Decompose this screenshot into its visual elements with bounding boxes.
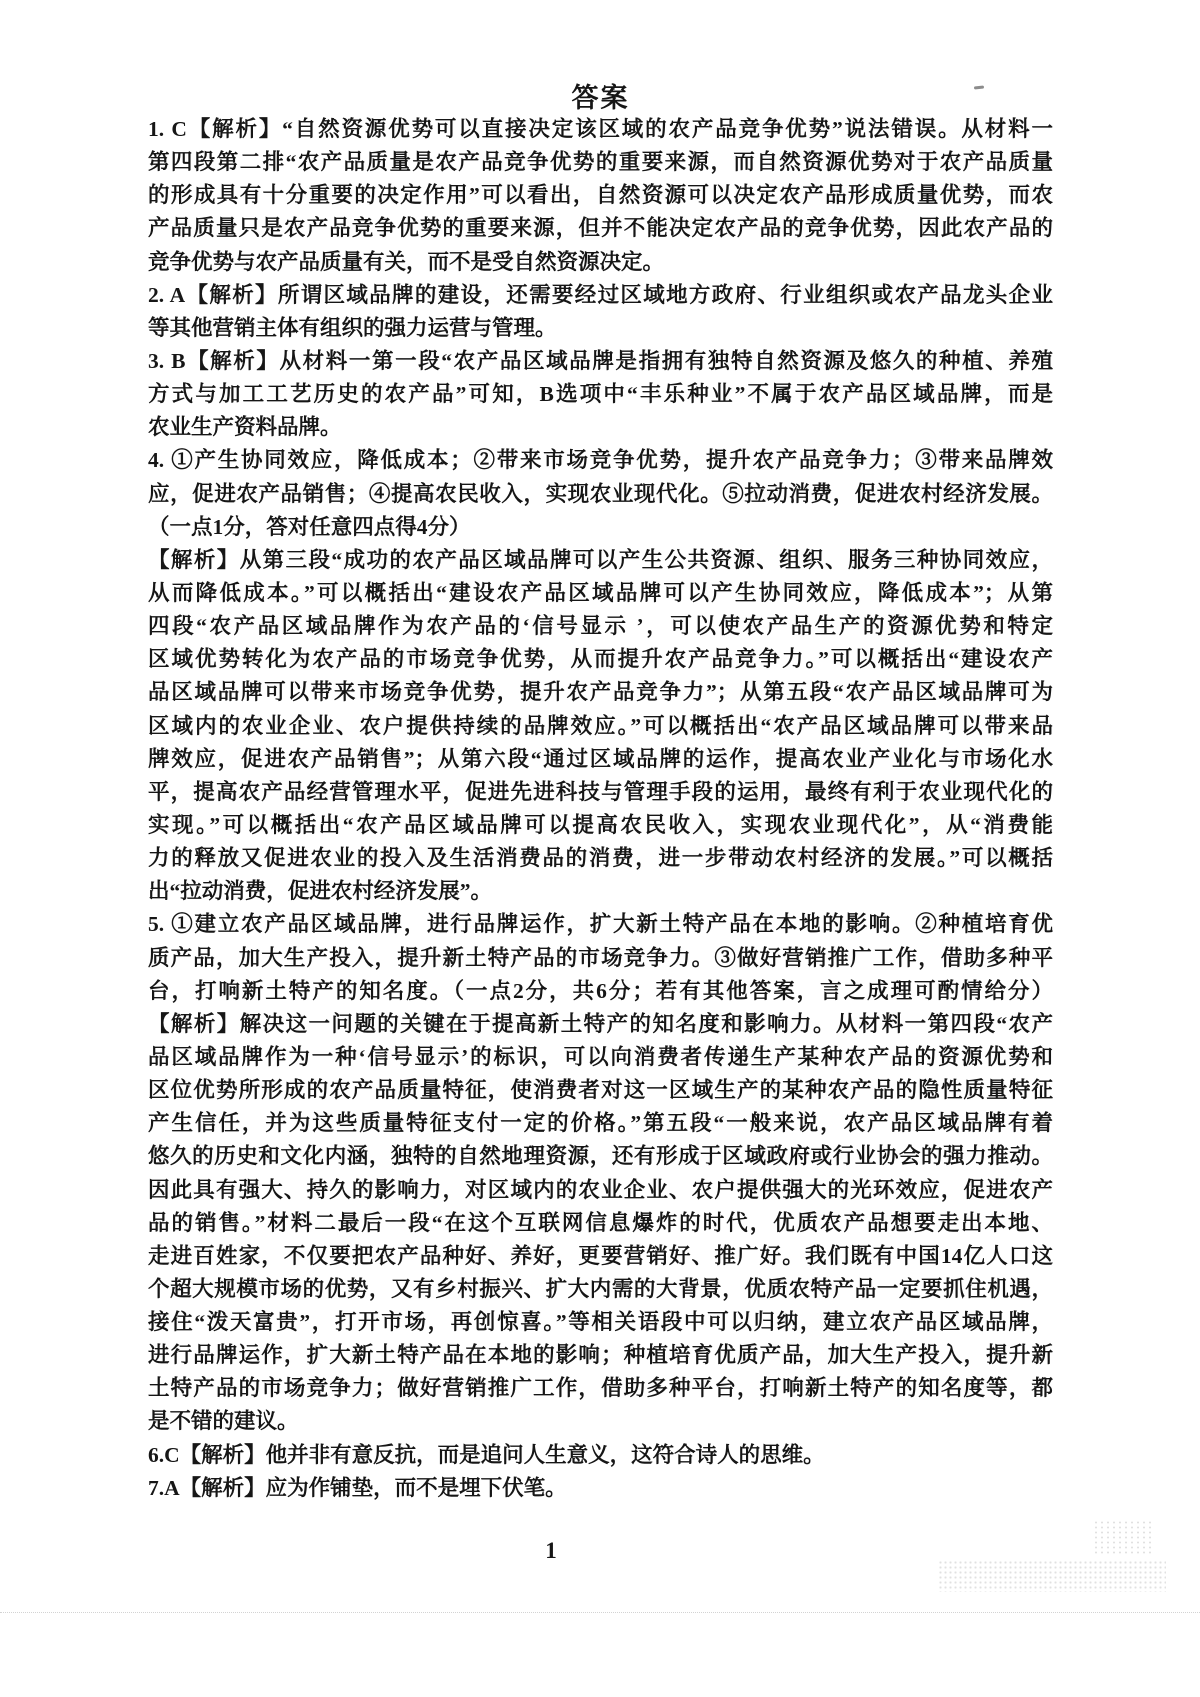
text-line: 4. ①产生协同效应，降低成本；②带来市场竞争优势，提升农产品竞争力；③带来品牌… [148, 444, 1053, 477]
text-line: 因此具有强大、持久的影响力，对区域内的农业企业、农户提供强大的光环效应，促进农产 [148, 1174, 1053, 1207]
scanned-answer-page: 答案 1. C【解析】“自然资源优势可以直接决定该区域的农产品竞争优势”说法错误… [0, 0, 1200, 1697]
text-line: 5. ①建立农产品区域品牌，进行品牌运作，扩大新土特产品在本地的影响。②种植培育… [148, 908, 1053, 941]
text-line: 出“拉动消费，促进农村经济发展”。 [148, 875, 1053, 908]
page-title: 答案 [148, 76, 1053, 115]
text-line: 区域内的农业企业、农户提供持续的品牌效应。”可以概括出“农产品区域品牌可以带来品 [148, 710, 1053, 743]
text-line: 悠久的历史和文化内涵，独特的自然地理资源，还有形成于区域政府或行业协会的强力推动… [148, 1140, 1053, 1173]
text-line: （一点1分，答对任意四点得4分） [148, 511, 1053, 544]
text-line: 品的销售。”材料二最后一段“在这个互联网信息爆炸的时代，优质农产品想要走出本地、 [148, 1207, 1053, 1240]
text-line: 区位优势所形成的农产品质量特征，使消费者对这一区域生产的某种农产品的隐性质量特征 [148, 1074, 1053, 1107]
answer-text-block: 1. C【解析】“自然资源优势可以直接决定该区域的农产品竞争优势”说法错误。从材… [148, 113, 1053, 1505]
text-line: 产生信任，并为这些质量特征支付一定的价格。”第五段“一般来说，农产品区域品牌有着 [148, 1107, 1053, 1140]
text-line: 力的释放又促进农业的投入及生活消费品的消费，进一步带动农村经济的发展。”可以概括 [148, 842, 1053, 875]
text-line: 产品质量只是农产品竞争优势的重要来源，但并不能决定农产品的竞争优势，因此农产品的 [148, 212, 1053, 245]
text-line: 四段“农产品区域品牌作为农产品的‘信号显示 ’，可以使农产品生产的资源优势和特定 [148, 610, 1053, 643]
text-line: 台，打响新土特产的知名度。（一点2分，共6分；若有其他答案，言之成理可酌情给分） [148, 975, 1053, 1008]
text-line: 农业生产资料品牌。 [148, 411, 1053, 444]
scan-smudge-wide [938, 1560, 1166, 1592]
text-line: 竞争优势与农产品质量有关，而不是受自然资源决定。 [148, 246, 1053, 279]
text-line: 从而降低成本。”可以概括出“建设农产品区域品牌可以产生协同效应，降低成本”；从第 [148, 577, 1053, 610]
text-line: 走进百姓家，不仅要把农产品种好、养好，更要营销好、推广好。我们既有中国14亿人口… [148, 1240, 1053, 1273]
text-line: 3. B【解析】从材料一第一段“农产品区域品牌是指拥有独特自然资源及悠久的种植、… [148, 345, 1053, 378]
scan-smudge-small [1093, 1520, 1151, 1556]
text-line: 方式与加工工艺历史的农产品”可知，B选项中“丰乐种业”不属于农产品区域品牌，而是 [148, 378, 1053, 411]
text-line: 牌效应，促进农产品销售”；从第六段“通过区域品牌的运作，提高农业产业化与市场化水 [148, 743, 1053, 776]
text-line: 第四段第二排“农产品质量是农产品竞争优势的重要来源，而自然资源优势对于农产品质量 [148, 146, 1053, 179]
text-line: 实现。”可以概括出“农产品区域品牌可以提高农民收入，实现农业现代化”，从“消费能 [148, 809, 1053, 842]
text-line: 土特产品的市场竞争力；做好营销推广工作，借助多种平台，打响新土特产的知名度等，都 [148, 1372, 1053, 1405]
scan-artifact-dotted-line [0, 1612, 1200, 1613]
text-line: 6.C【解析】他并非有意反抗，而是追问人生意义，这符合诗人的思维。 [148, 1439, 1053, 1472]
text-line: 个超大规模市场的优势，又有乡村振兴、扩大内需的大背景，优质农特产品一定要抓住机遇… [148, 1273, 1053, 1306]
text-line: 【解析】从第三段“成功的农产品区域品牌可以产生公共资源、组织、服务三种协同效应， [148, 544, 1053, 577]
text-line: 区域优势转化为农产品的市场竞争优势，从而提升农产品竞争力。”可以概括出“建设农产 [148, 643, 1053, 676]
page-number: 1 [533, 1538, 569, 1564]
text-line: 品区域品牌作为一种‘信号显示’的标识，可以向消费者传递生产某种农产品的资源优势和 [148, 1041, 1053, 1074]
text-line: 是不错的建议。 [148, 1405, 1053, 1438]
text-line: 2. A【解析】所谓区域品牌的建设，还需要经过区域地方政府、行业组织或农产品龙头… [148, 279, 1053, 312]
text-line: 的形成具有十分重要的决定作用”可以看出，自然资源可以决定农产品形成质量优势，而农 [148, 179, 1053, 212]
text-line: 7.A【解析】应为作铺垫，而不是埋下伏笔。 [148, 1472, 1053, 1505]
text-line: 应，促进农产品销售；④提高农民收入，实现农业现代化。⑤拉动消费，促进农村经济发展… [148, 478, 1053, 511]
text-line: 质产品，加大生产投入，提升新土特产品的市场竞争力。③做好营销推广工作，借助多种平 [148, 942, 1053, 975]
text-line: 品区域品牌可以带来市场竞争优势，提升农产品竞争力”；从第五段“农产品区域品牌可为 [148, 676, 1053, 709]
text-line: 进行品牌运作，扩大新土特产品在本地的影响；种植培育优质产品，加大生产投入，提升新 [148, 1339, 1053, 1372]
text-line: 平，提高农产品经营管理水平，促进先进科技与管理手段的运用，最终有利于农业现代化的 [148, 776, 1053, 809]
text-line: 等其他营销主体有组织的强力运营与管理。 [148, 312, 1053, 345]
text-line: 【解析】解决这一问题的关键在于提高新土特产的知名度和影响力。从材料一第四段“农产 [148, 1008, 1053, 1041]
text-line: 1. C【解析】“自然资源优势可以直接决定该区域的农产品竞争优势”说法错误。从材… [148, 113, 1053, 146]
text-line: 接住“泼天富贵”，打开市场，再创惊喜。”等相关语段中可以归纳，建立农产品区域品牌… [148, 1306, 1053, 1339]
